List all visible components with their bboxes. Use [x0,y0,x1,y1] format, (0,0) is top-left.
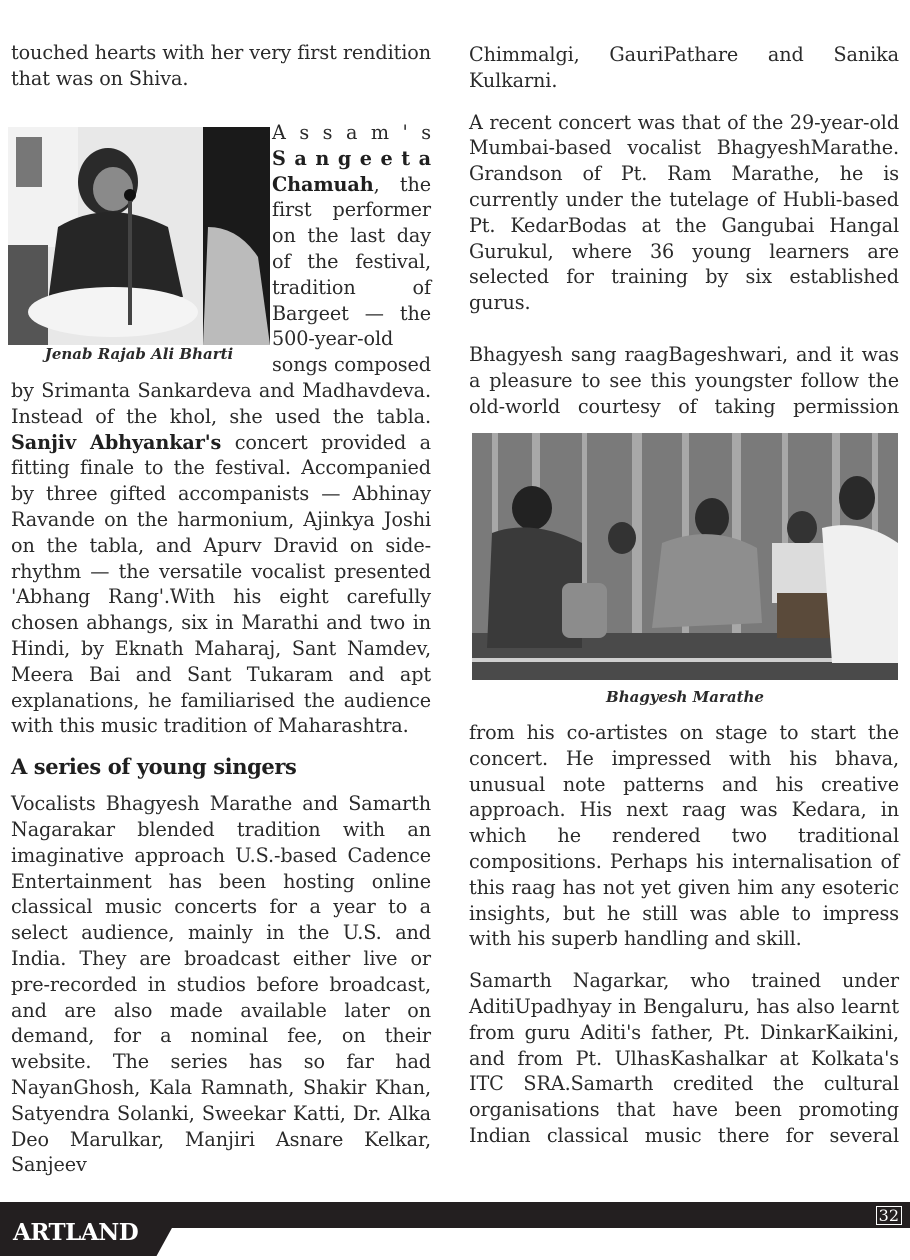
wrap-line: tradition of [272,275,431,301]
page-number: 32 [876,1206,902,1225]
performer-photo-icon [8,127,270,345]
wrap-line: S a n g e e t a [272,146,431,172]
paragraph-sanjiv-abhyankar: by Srimanta Sankardeva and Madhavdeva. I… [11,378,431,739]
wrap-line: Bargeet — the [272,301,431,327]
caption-right-photo: Bhagyesh Marathe [472,688,898,706]
concert-photo-icon [472,433,898,680]
right-column-top: Chimmalgi, GauriPathare and Sanika Kulka… [469,42,899,419]
paragraph-bageshwari: Bhagyesh sang raagBageshwari, and it was… [469,342,899,419]
wrap-line: on the last day [272,223,431,249]
intro-paragraph: touched hearts with her very first rendi… [11,40,431,92]
wrap-line: 500-year-old [272,326,431,352]
brand-name: ARTLAND [13,1219,138,1246]
photo-jenab-rajab-ali-bharti [8,127,270,345]
paragraph-samarth-nagarkar: Samarth Nagarkar, who trained under Adit… [469,968,899,1149]
paragraph-young-singers: Vocalists Bhagyesh Marathe and Samarth N… [11,791,431,1178]
right-column-bottom: from his co-artistes on stage to start t… [469,720,899,1149]
wrap-line: A s s a m ' s [272,120,431,146]
paragraph-co-artistes: from his co-artistes on stage to start t… [469,720,899,952]
wrap-line: of the festival, [272,249,431,275]
caption-left-photo: Jenab Rajab Ali Bharti [8,345,270,363]
photo-bhagyesh-marathe [472,433,898,680]
paragraph-recent-concert: A recent concert was that of the 29-year… [469,110,899,316]
wrap-line: first performer [272,197,431,223]
paragraph-chimmalgi: Chimmalgi, GauriPathare and Sanika Kulka… [469,42,899,94]
wrap-line: Chamuah, the [272,172,431,198]
section-heading: A series of young singers [11,753,431,781]
wrap-line: songs composed [272,352,431,378]
footer-brand-block: ARTLAND [0,1202,172,1256]
wrap-text-block: A s s a m ' s S a n g e e t a Chamuah, t… [272,120,431,378]
left-paragraph-2-block: by Srimanta Sankardeva and Madhavdeva. I… [11,378,431,1178]
